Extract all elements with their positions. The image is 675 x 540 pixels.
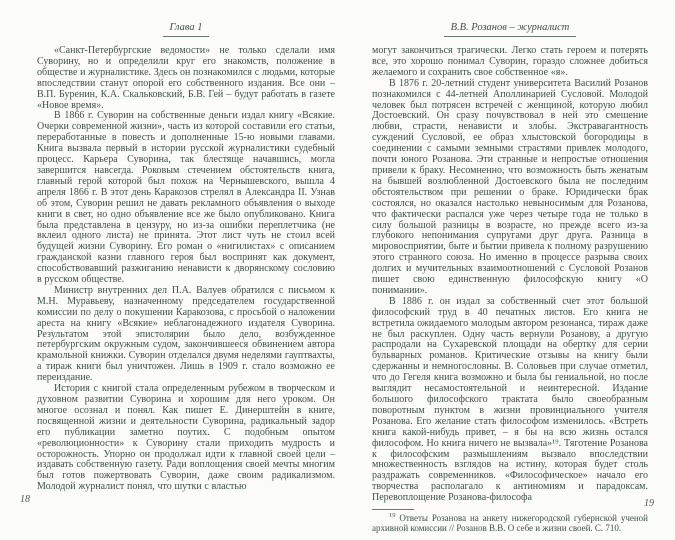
paragraph: В 1866 г. Суворин на собственные деньги … [37, 111, 335, 286]
paragraph: Министр внутренних дел П.А. Валуев обрат… [37, 286, 335, 384]
body-text-left: «Санкт-Петербургские ведомости» не тольк… [37, 46, 335, 493]
footnote-body: Ответы Розанова на анкету нижегородской … [372, 513, 648, 533]
paragraph: В 1876 г. 20-летний студент университета… [372, 79, 648, 297]
footnote: 19 Ответы Розанова на анкету нижегородск… [372, 509, 648, 534]
chapter-title: Глава 1 [163, 22, 210, 37]
page-right: В.В. Розанов – журналист могут закончить… [372, 22, 648, 534]
page-left: Глава 1 «Санкт-Петербургские ведомости» … [37, 22, 335, 493]
page-number-right: 19 [644, 498, 654, 509]
footnote-text: 19 Ответы Розанова на анкету нижегородск… [372, 513, 648, 534]
paragraph: В 1886 г. он издал за собственный счет э… [372, 297, 648, 504]
section-title: В.В. Розанов – журналист [444, 22, 577, 37]
paragraph: могут закончиться трагически. Легко стат… [372, 46, 648, 79]
paragraph: История с книгой стала определенным рубе… [37, 384, 335, 493]
body-text-right: могут закончиться трагически. Легко стат… [372, 46, 648, 504]
paragraph: «Санкт-Петербургские ведомости» не тольк… [37, 46, 335, 111]
running-head-right: В.В. Розанов – журналист [372, 22, 648, 37]
page-number-left: 18 [20, 494, 30, 505]
footnote-separator [372, 509, 414, 510]
running-head-left: Глава 1 [37, 22, 335, 37]
book-spread: Глава 1 «Санкт-Петербургские ведомости» … [0, 0, 675, 540]
